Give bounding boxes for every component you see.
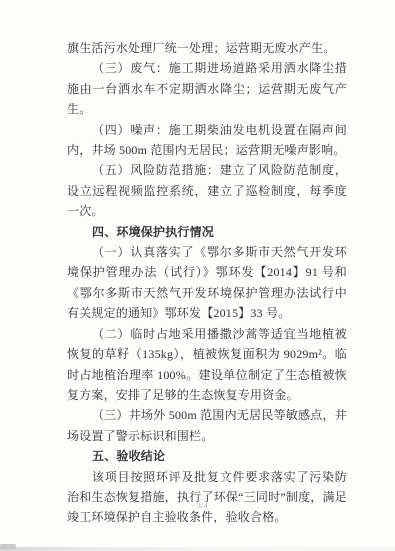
paragraph-risk-prevention: （五）风险防范措施：建立了风险防范制度，设立远程视频监控系统，建立了巡检制度，每… bbox=[67, 160, 347, 221]
section-heading-environmental-protection-execution: 四、环境保护执行情况 bbox=[67, 222, 347, 242]
paragraph-noise: （四）噪声：施工期柴油发电机设置在隔声间内，井场 500m 范围内无居民；运营期… bbox=[67, 120, 347, 161]
paragraph-sensitive-points: （三）井场外 500m 范围内无居民等敏感点，井场设置了警示标识和围栏。 bbox=[67, 405, 347, 446]
paragraph-conclusion: 该项目按照环评及批复文件要求落实了污染防治和生态恢复措施，执行了环保“三同时”制… bbox=[67, 467, 347, 528]
paragraph-exhaust-gas: （三）废气：施工期进场道路采用洒水降尘措施由一台洒水车不定期洒水降尘；运营期无废… bbox=[67, 58, 347, 119]
paragraph-regulation-implementation: （一）认真落实了《鄂尔多斯市天然气开发环境保护管理办法（试行）》鄂环发【2014… bbox=[67, 242, 347, 324]
scan-artifact-bottom-edge bbox=[0, 547, 395, 551]
page-number: 3/4 bbox=[0, 502, 395, 510]
paragraph-vegetation-restoration: （二）临时占地采用播撒沙蒿等适宜当地植被恢复的草籽（135kg），植被恢复面积为… bbox=[67, 324, 347, 406]
page-content: 旗生活污水处理厂统一处理；运营期无废水产生。 （三）废气：施工期进场道路采用洒水… bbox=[67, 38, 347, 528]
section-heading-acceptance-conclusion: 五、验收结论 bbox=[67, 446, 347, 466]
scan-artifact-dot bbox=[222, 478, 231, 481]
document-page: 旗生活污水处理厂统一处理；运营期无废水产生。 （三）废气：施工期进场道路采用洒水… bbox=[0, 0, 395, 551]
scan-artifact-smudge bbox=[0, 544, 16, 549]
paragraph-wastewater-continuation: 旗生活污水处理厂统一处理；运营期无废水产生。 bbox=[67, 38, 347, 58]
